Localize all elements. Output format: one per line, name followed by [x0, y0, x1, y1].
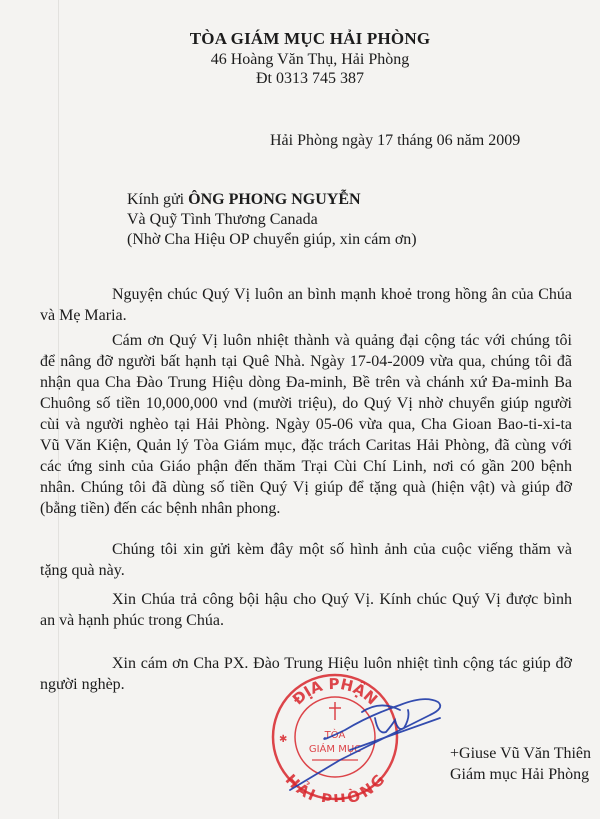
handwritten-signature [280, 680, 460, 800]
letter-date: Hải Phòng ngày 17 tháng 06 năm 2009 [270, 132, 520, 150]
paragraph-blessing: Nguyện chúc Quý Vị luôn an bình mạnh kho… [40, 284, 572, 326]
letterhead-title: TÒA GIÁM MỤC HẢI PHÒNG [20, 28, 600, 50]
signer-title: Giám mục Hải Phòng [450, 764, 591, 785]
letter-page: TÒA GIÁM MỤC HẢI PHÒNG 46 Hoàng Văn Thụ,… [0, 0, 600, 819]
paragraph-photos: Chúng tôi xin gửi kèm đây một số hình ản… [40, 539, 572, 581]
recipient-line-1: Kính gửi ÔNG PHONG NGUYỄN [127, 190, 417, 210]
recipient-line-3: (Nhờ Cha Hiệu OP chuyển giúp, xin cám ơn… [127, 230, 417, 250]
salutation: Kính gửi [127, 191, 184, 208]
recipient-block: Kính gửi ÔNG PHONG NGUYỄN Và Quỹ Tình Th… [127, 190, 417, 250]
paragraph-thanks: Cám ơn Quý Vị luôn nhiệt thành và quảng … [40, 330, 572, 519]
letterhead: TÒA GIÁM MỤC HẢI PHÒNG 46 Hoàng Văn Thụ,… [0, 28, 600, 88]
letter-body: Nguyện chúc Quý Vị luôn an bình mạnh kho… [40, 284, 572, 695]
signer-name: +Giuse Vũ Văn Thiên [450, 743, 591, 764]
recipient-name: ÔNG PHONG NGUYỄN [188, 191, 360, 208]
paragraph-wishes: Xin Chúa trả công bội hậu cho Quý Vị. Kí… [40, 589, 572, 631]
letterhead-address: 46 Hoàng Văn Thụ, Hải Phòng [20, 50, 600, 69]
recipient-line-2: Và Quỹ Tình Thương Canada [127, 210, 417, 230]
letterhead-phone: Đt 0313 745 387 [20, 69, 600, 88]
signature-block: +Giuse Vũ Văn Thiên Giám mục Hải Phòng [450, 743, 591, 785]
